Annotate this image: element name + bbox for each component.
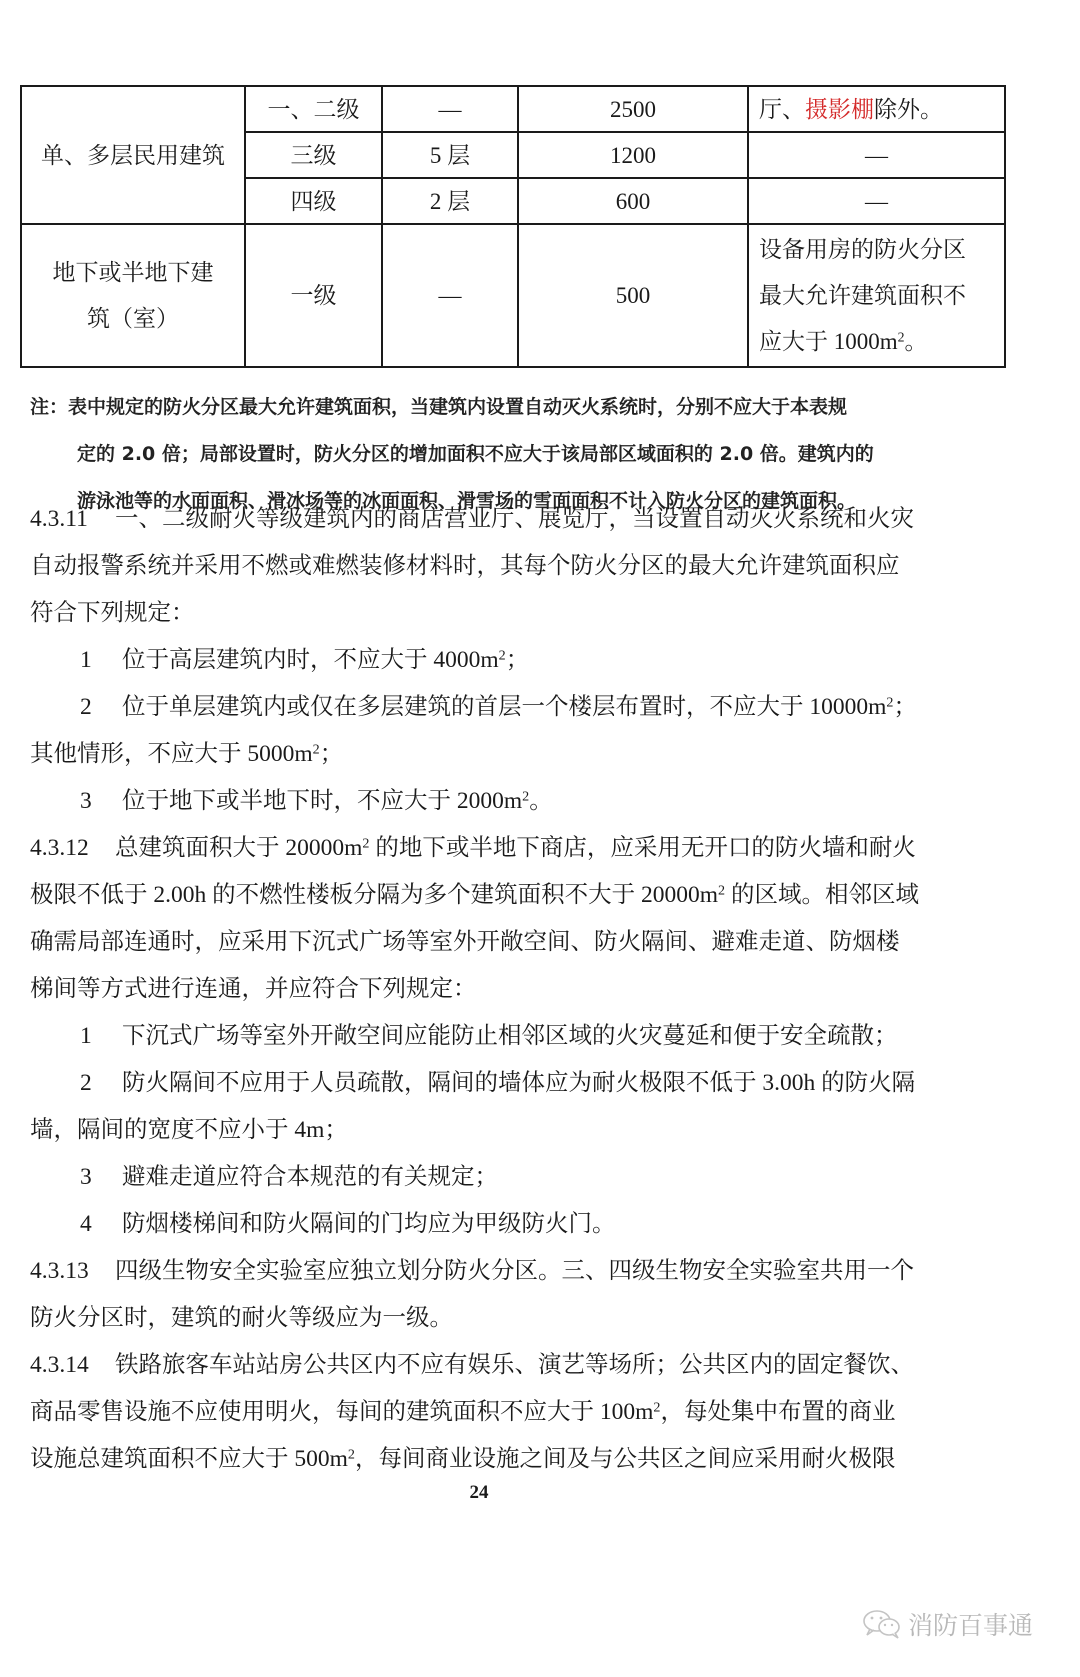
list-item: 2位于单层建筑内或仅在多层建筑的首层一个楼层布置时，不应大于 10000m2； (30, 684, 1000, 731)
fire-rating-cell: 三级 (245, 132, 382, 178)
allowed-floors-cell: 2 层 (382, 178, 518, 224)
remark-cell: 设备用房的防火分区最大允许建筑面积不应大于 1000m2。 (748, 224, 1005, 367)
category-cell: 地下或半地下建筑（室） (21, 224, 245, 367)
allowed-floors-cell: 5 层 (382, 132, 518, 178)
clause-number: 4.3.14 (30, 1342, 115, 1389)
wechat-icon (862, 1609, 902, 1639)
list-item: 1位于高层建筑内时，不应大于 4000m2； (30, 637, 1000, 684)
remark-cell: — (748, 132, 1005, 178)
clause-4-3-13: 4.3.13四级生物安全实验室应独立划分防火分区。三、四级生物安全实验室共用一个 (30, 1248, 1000, 1295)
max-area-cell: 1200 (518, 132, 748, 178)
max-area-cell: 500 (518, 224, 748, 367)
list-item: 4防烟楼梯间和防火隔间的门均应为甲级防火门。 (30, 1201, 1000, 1248)
remark-cell: — (748, 178, 1005, 224)
table-row: 单、多层民用建筑 一、二级 — 2500 厅、摄影棚除外。 (21, 86, 1005, 132)
list-item: 2防火隔间不应用于人员疏散，隔间的墙体应为耐火极限不低于 3.00h 的防火隔 (30, 1060, 1000, 1107)
fire-rating-cell: 一级 (245, 224, 382, 367)
clause-number: 4.3.13 (30, 1248, 115, 1295)
list-item: 1下沉式广场等室外开敞空间应能防止相邻区域的火灾蔓延和便于安全疏散； (30, 1013, 1000, 1060)
table-row: 地下或半地下建筑（室） 一级 — 500 设备用房的防火分区最大允许建筑面积不应… (21, 224, 1005, 367)
category-cell: 单、多层民用建筑 (21, 86, 245, 224)
allowed-floors-cell: — (382, 224, 518, 367)
watermark: 消防百事通 (862, 1604, 1033, 1644)
max-area-cell: 600 (518, 178, 748, 224)
fire-compartment-table: 单、多层民用建筑 一、二级 — 2500 厅、摄影棚除外。 三级 5 层 120… (20, 85, 1006, 368)
fire-rating-cell: 四级 (245, 178, 382, 224)
fire-rating-cell: 一、二级 (245, 86, 382, 132)
clause-4-3-14: 4.3.14铁路旅客车站站房公共区内不应有娱乐、演艺等场所；公共区内的固定餐饮、 (30, 1342, 1000, 1389)
clause-number: 4.3.11 (30, 496, 115, 543)
document-body: 4.3.11一、二级耐火等级建筑内的商店营业厅、展览厅，当设置自动灭火系统和火灾… (30, 496, 1000, 1483)
document-page: 单、多层民用建筑 一、二级 — 2500 厅、摄影棚除外。 三级 5 层 120… (0, 0, 1080, 1677)
watermark-text: 消防百事通 (908, 1606, 1033, 1642)
list-item: 3避难走道应符合本规范的有关规定； (30, 1154, 1000, 1201)
allowed-floors-cell: — (382, 86, 518, 132)
highlighted-text: 摄影棚 (805, 97, 874, 122)
clause-4-3-12: 4.3.12总建筑面积大于 20000m2 的地下或半地下商店，应采用无开口的防… (30, 825, 1000, 872)
page-number: 24 (0, 1482, 958, 1504)
clause-4-3-11: 4.3.11一、二级耐火等级建筑内的商店营业厅、展览厅，当设置自动灭火系统和火灾 (30, 496, 1000, 543)
remark-cell: 厅、摄影棚除外。 (748, 86, 1005, 132)
max-area-cell: 2500 (518, 86, 748, 132)
list-item: 3位于地下或半地下时，不应大于 2000m2。 (30, 778, 1000, 825)
clause-number: 4.3.12 (30, 825, 115, 872)
